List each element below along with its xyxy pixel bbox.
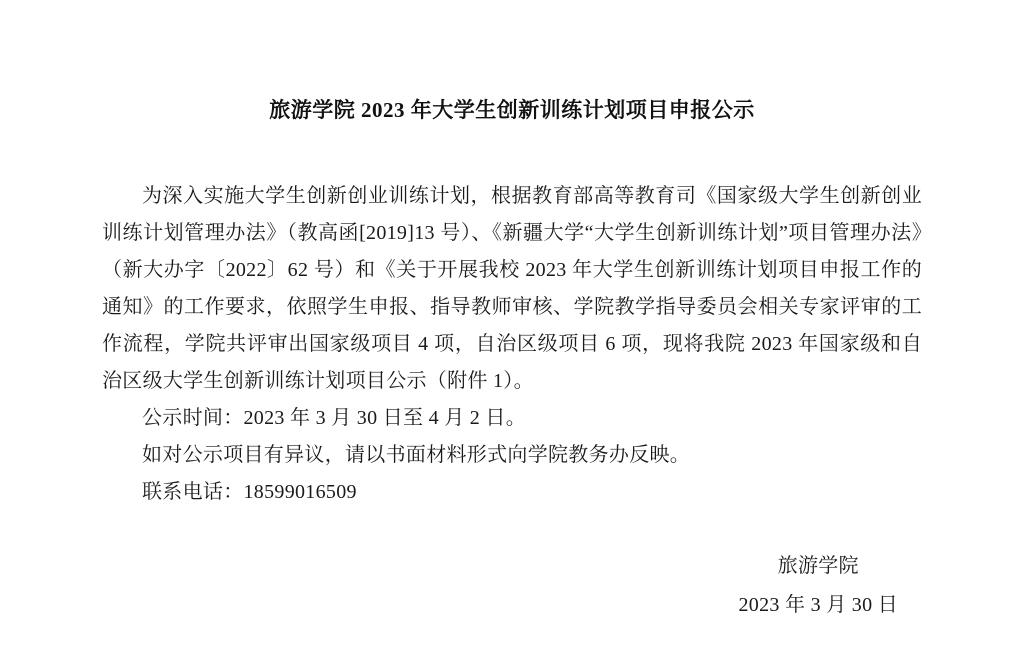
signature-name: 旅游学院 <box>739 547 899 586</box>
signature-block: 旅游学院 2023 年 3 月 30 日 <box>739 547 899 625</box>
paragraph-objection-notice: 如对公示项目有异议，请以书面材料形式向学院教务办反映。 <box>102 437 922 474</box>
paragraph-main: 为深入实施大学生创新创业训练计划，根据教育部高等教育司《国家级大学生创新创业训练… <box>102 178 922 400</box>
paragraph-contact-phone: 联系电话：18599016509 <box>102 474 922 511</box>
document-title: 旅游学院 2023 年大学生创新训练计划项目申报公示 <box>0 0 1024 125</box>
document-page: 旅游学院 2023 年大学生创新训练计划项目申报公示 为深入实施大学生创新创业训… <box>0 0 1024 662</box>
paragraph-publicity-period: 公示时间：2023 年 3 月 30 日至 4 月 2 日。 <box>102 400 922 437</box>
document-body: 为深入实施大学生创新创业训练计划，根据教育部高等教育司《国家级大学生创新创业训练… <box>102 178 922 511</box>
signature-date: 2023 年 3 月 30 日 <box>739 586 899 625</box>
